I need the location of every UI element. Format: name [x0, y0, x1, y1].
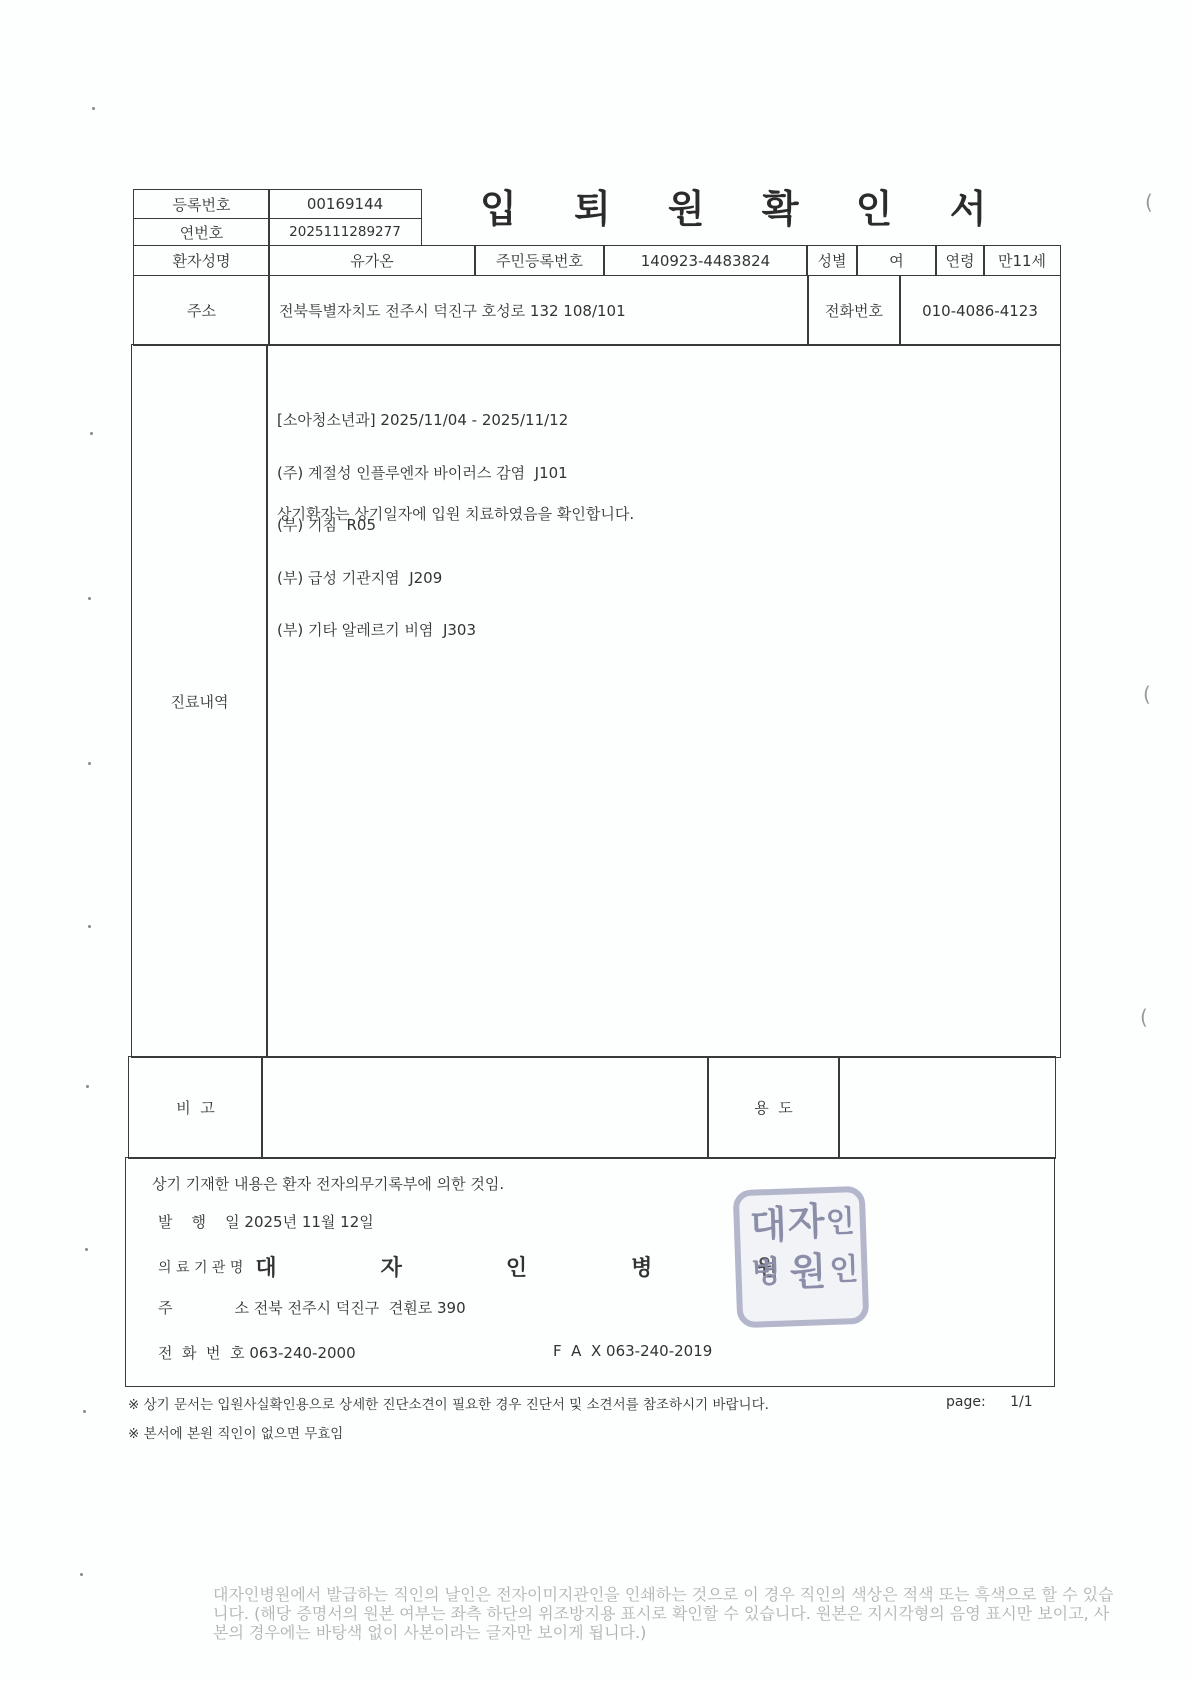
hospital-phone-row: 전 화 번 호 063-240-2000 — [158, 1342, 356, 1363]
seal-char: 대 — [749, 1204, 787, 1245]
issue-date-label: 발 행 일 — [158, 1213, 240, 1231]
rrn-value: 140923-4483824 — [603, 245, 808, 276]
address-label-text: 주소 — [187, 300, 216, 321]
rrn-text: 140923-4483824 — [641, 252, 770, 270]
sex-value: 여 — [856, 245, 937, 276]
patient-name-value: 유가온 — [268, 245, 476, 276]
address-value: 전북특별자치도 전주시 덕진구 호성로 132 108/101 — [268, 275, 809, 346]
anti-forgery-notice: 대자인병원에서 발급하는 직인의 날인은 전자이미지관인을 인쇄하는 것으로 이… — [213, 1585, 1123, 1642]
confirmation-text: 상기환자는 상기일자에 입원 치료하였음을 확인합니다. — [277, 503, 634, 524]
issue-date: 2025년 11월 12일 — [244, 1213, 373, 1231]
purpose-label-text: 용 도 — [754, 1097, 793, 1118]
sex-label: 성별 — [806, 245, 858, 276]
institution-label: 의 료 기 관 명 — [158, 1257, 243, 1277]
serial-label: 연번호 — [133, 218, 270, 246]
phone-text: 010-4086-4123 — [922, 302, 1038, 320]
patient-name-text: 유가온 — [350, 250, 393, 271]
reg-no-text: 00169144 — [307, 195, 383, 213]
page-label-text: page: — [946, 1394, 986, 1410]
remarks-value — [261, 1056, 709, 1159]
note-line-1: ※ 상기 문서는 입원사실확인용으로 상세한 진단소견이 필요한 경우 진단서 … — [128, 1393, 769, 1413]
seal-char: 원 — [789, 1251, 827, 1292]
reg-no-label-text: 등록번호 — [173, 194, 231, 215]
official-seal-stamp: 대 자 인 병 원 인 — [733, 1186, 870, 1329]
hospital-address-row: 주 소 전북 전주시 덕진구 견훤로 390 — [158, 1297, 466, 1318]
serial-value: 2025111289277 — [268, 218, 422, 246]
address-label: 주소 — [133, 275, 270, 346]
phone-value: 010-4086-4123 — [899, 275, 1061, 346]
reg-no-label: 등록번호 — [133, 189, 270, 219]
hospital-address-label: 주 소 — [158, 1299, 249, 1317]
page-number: 1/1 — [1010, 1394, 1033, 1410]
phone-label-text: 전화번호 — [825, 300, 883, 321]
diagnosis-line: (주) 계절성 인플루엔자 바이러스 감염 J101 — [277, 465, 568, 483]
issue-date-row: 발 행 일 2025년 11월 12일 — [158, 1211, 374, 1232]
hospital-fax-label: F A X — [553, 1342, 601, 1360]
page-label: page: 1/1 — [946, 1394, 1033, 1410]
serial-text: 2025111289277 — [289, 224, 401, 240]
patient-name-label-text: 환자성명 — [173, 250, 231, 271]
address-text: 전북특별자치도 전주시 덕진구 호성로 132 108/101 — [279, 300, 626, 321]
document-title: 입 퇴 원 확 인 서 — [480, 178, 1008, 233]
purpose-value — [838, 1056, 1056, 1159]
treatment-label: 진료내역 — [131, 344, 268, 1058]
footer-statement: 상기 기재한 내용은 환자 전자의무기록부에 의한 것임. — [152, 1173, 504, 1194]
serial-label-text: 연번호 — [180, 222, 223, 243]
sex-text: 여 — [889, 250, 904, 271]
hospital-phone: 063-240-2000 — [249, 1344, 355, 1362]
hospital-address: 전북 전주시 덕진구 견훤로 390 — [254, 1299, 466, 1317]
age-text: 만11세 — [998, 250, 1046, 271]
age-label-text: 연령 — [946, 250, 975, 271]
remarks-label: 비 고 — [128, 1056, 263, 1159]
age-value: 만11세 — [983, 245, 1061, 276]
reg-no-value: 00169144 — [268, 189, 422, 219]
phone-label: 전화번호 — [807, 275, 901, 346]
seal-char: 병 — [751, 1253, 781, 1294]
seal-char: 자 — [787, 1201, 825, 1242]
rrn-label-text: 주민등록번호 — [496, 250, 583, 271]
hospital-fax: 063-240-2019 — [606, 1342, 712, 1360]
hospital-phone-label: 전 화 번 호 — [158, 1344, 245, 1362]
diagnosis-line: (부) 기타 알레르기 비염 J303 — [277, 622, 568, 640]
patient-name-label: 환자성명 — [133, 245, 270, 276]
remarks-label-text: 비 고 — [176, 1097, 215, 1118]
note-line-2: ※ 본서에 본원 직인이 없으면 무효임 — [128, 1422, 343, 1442]
hospital-fax-row: F A X 063-240-2019 — [553, 1342, 712, 1360]
age-label: 연령 — [935, 245, 985, 276]
seal-char: 인 — [829, 1250, 859, 1291]
diagnosis-line: [소아청소년과] 2025/11/04 - 2025/11/12 — [277, 412, 568, 430]
diagnosis-line: (부) 급성 기관지염 J209 — [277, 570, 568, 588]
treatment-label-text: 진료내역 — [171, 691, 229, 712]
sex-label-text: 성별 — [818, 250, 847, 271]
purpose-label: 용 도 — [707, 1056, 840, 1159]
seal-char: 인 — [825, 1202, 855, 1243]
rrn-label: 주민등록번호 — [474, 245, 605, 276]
